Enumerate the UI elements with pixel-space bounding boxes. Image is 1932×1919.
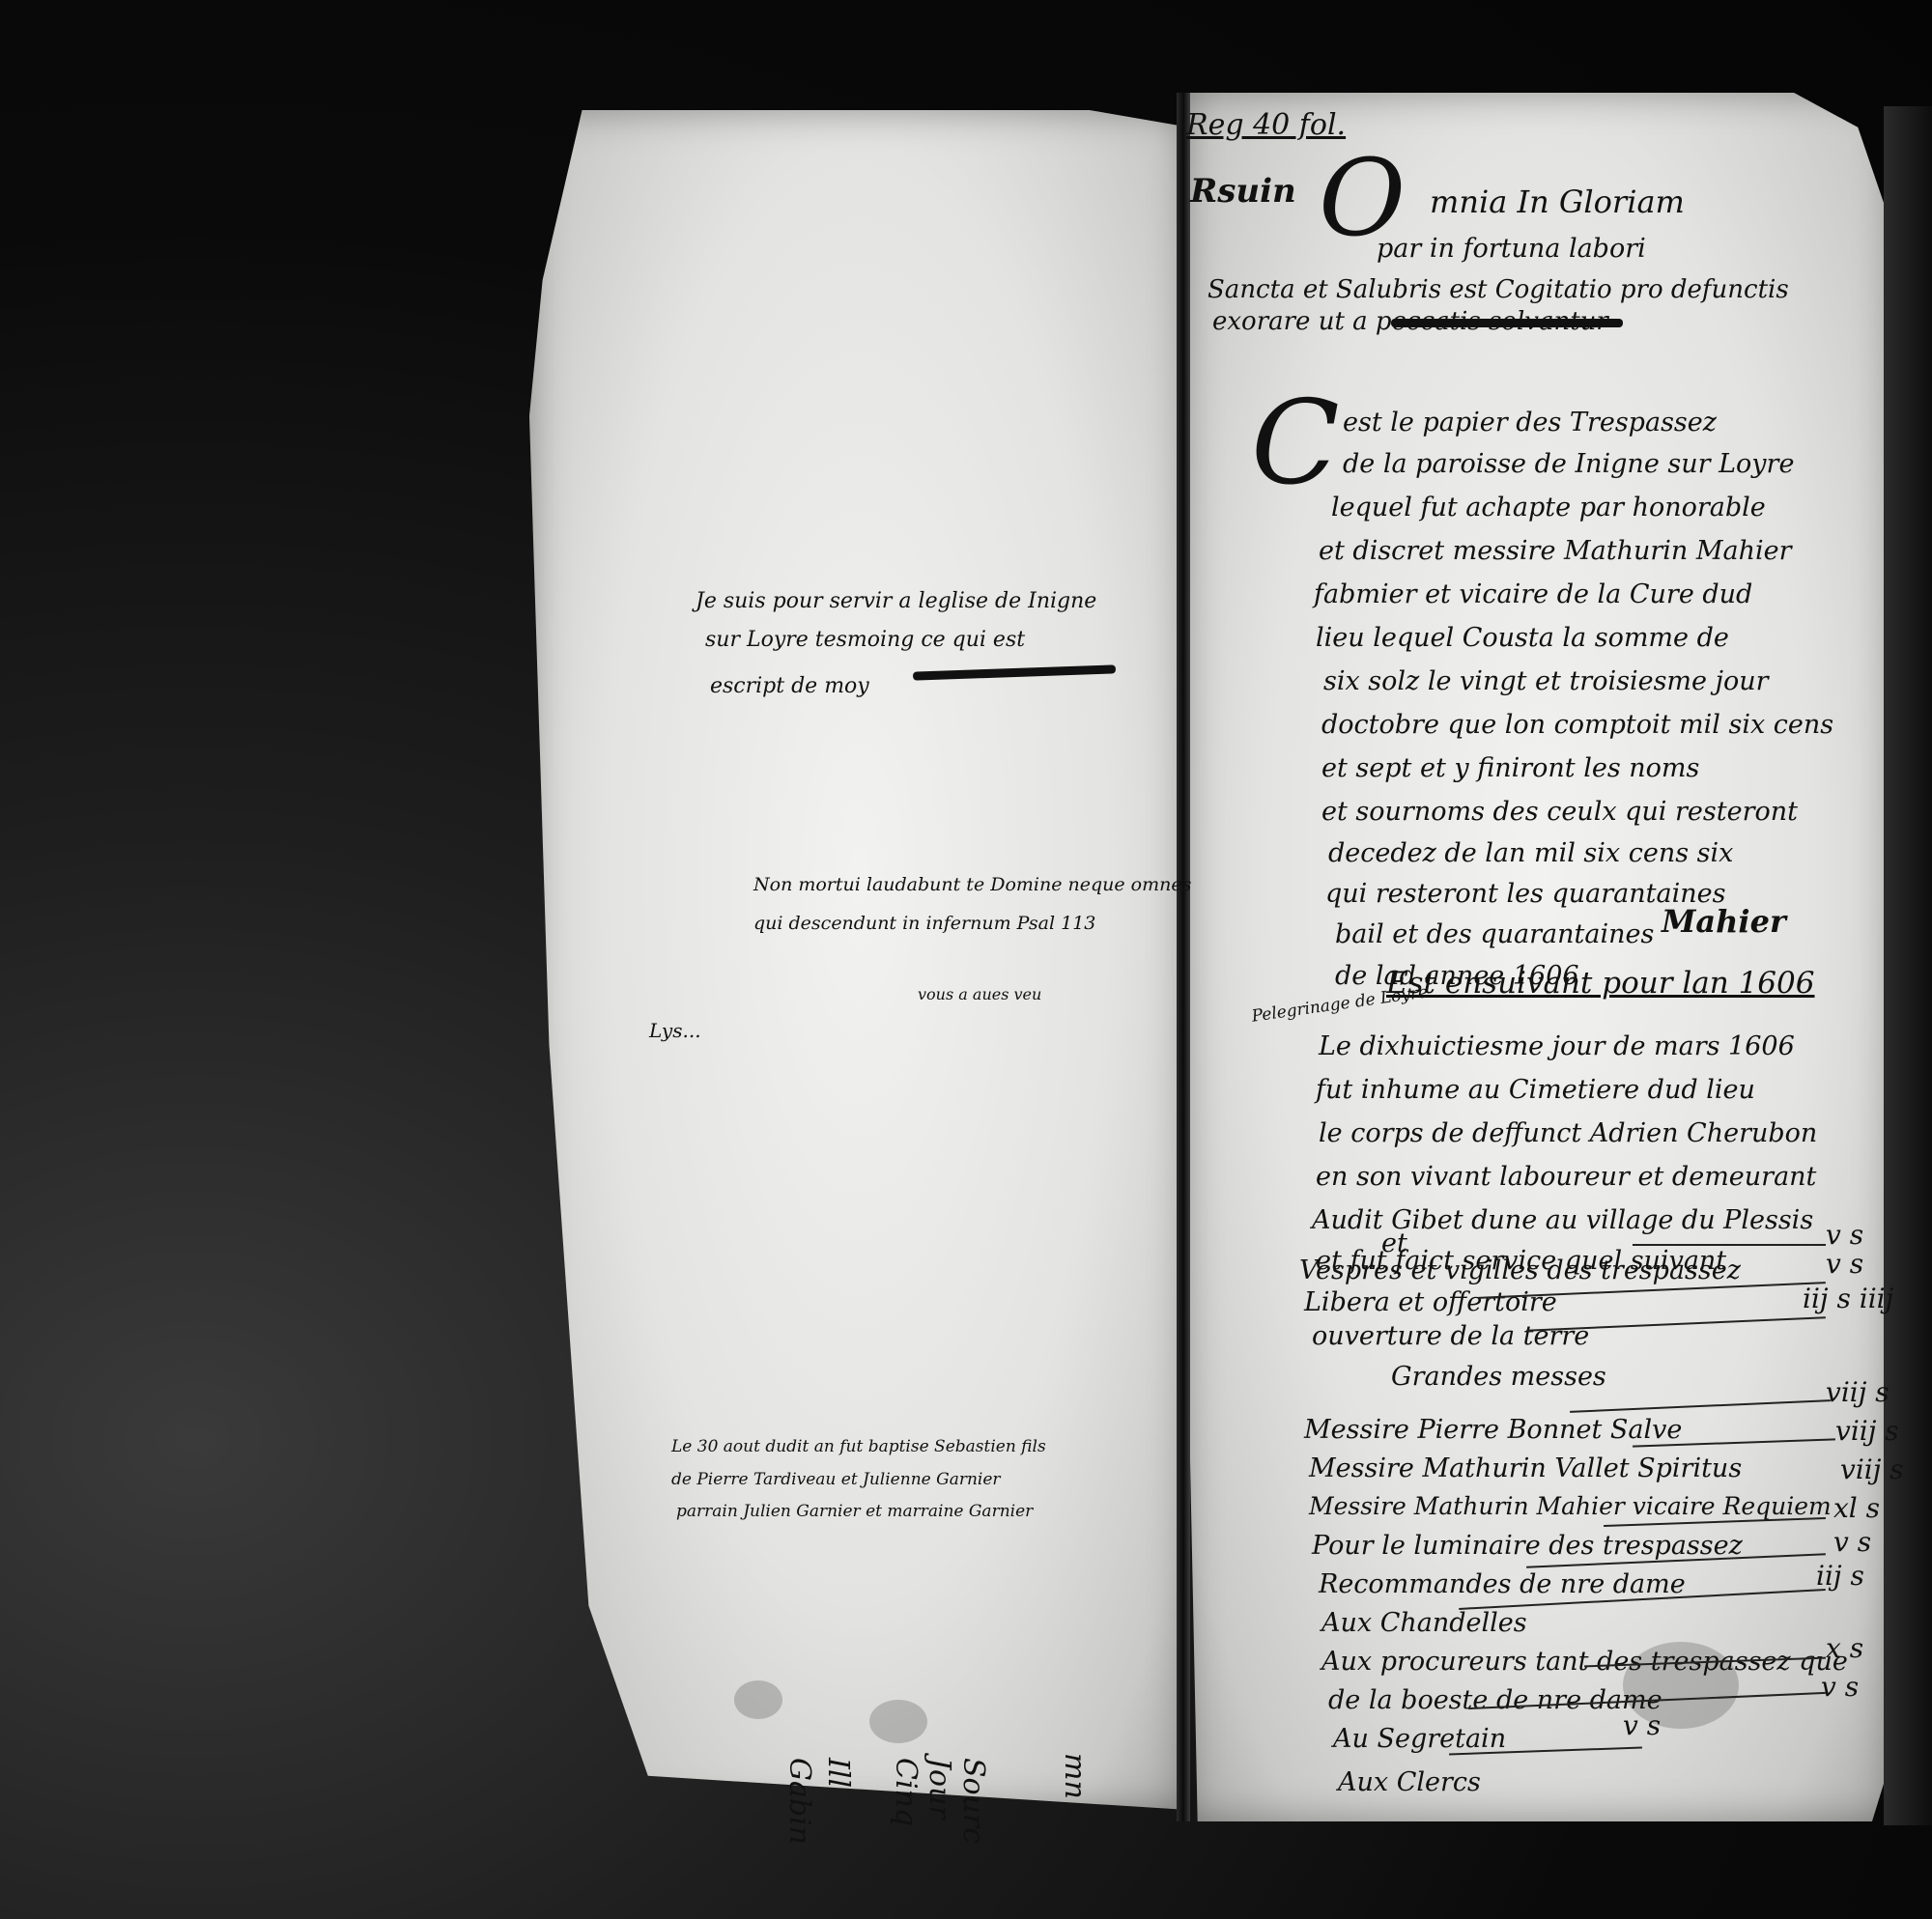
messe-row-label: Messire Mathurin Vallet Spiritus <box>1309 1453 1742 1483</box>
entry-line: et discret messire Mathurin Mahier <box>1319 536 1792 566</box>
left-note-line: sur Loyre tesmoing ce qui est <box>705 628 1025 652</box>
entry-line: fabmier et vicaire de la Cure dud <box>1314 579 1752 609</box>
ledger-row-amount: v s <box>1826 1248 1863 1280</box>
baptism-line: de Pierre Tardiveau et Julienne Garnier <box>671 1470 1001 1489</box>
messe-row-label: Aux procureurs tant des trespassez que <box>1321 1647 1848 1677</box>
baptism-line: Le 30 aout dudit an fut baptise Sebastie… <box>671 1437 1046 1456</box>
manuscript-scan: Reg 40 fol. Rsuin O mnia In Gloriam par … <box>0 0 1932 1919</box>
ledger-row-amount: iij s iiij <box>1803 1283 1893 1314</box>
left-page <box>529 110 1188 1810</box>
entry-line: et sept et y finiront les noms <box>1321 753 1699 783</box>
vertical-note: Jour <box>923 1758 956 1820</box>
entry-line: de la paroisse de Inigne sur Loyre <box>1343 449 1794 479</box>
ledger-row-label: ouverture de la terre <box>1312 1321 1589 1351</box>
messe-row-label: Recommandes de nre dame <box>1319 1569 1686 1599</box>
vertical-note: mn <box>1058 1753 1092 1799</box>
ledger-header: et <box>1381 1228 1407 1258</box>
messe-row-label: Messire Mathurin Mahier vicaire Requiem <box>1309 1492 1832 1520</box>
entry-line: decedez de lan mil six cens six <box>1328 838 1733 868</box>
messe-row-label: Messire Pierre Bonnet Salve <box>1304 1415 1682 1445</box>
entry-line: et sournoms des ceulx qui resteront <box>1321 797 1798 827</box>
heading-line: mnia In Gloriam <box>1430 183 1685 220</box>
ledger-row-label: Libera et offertoire <box>1304 1287 1557 1317</box>
book-gutter <box>1177 93 1190 1821</box>
signature: Mahier <box>1662 903 1786 940</box>
left-note-line: Je suis pour servir a leglise de Inigne <box>696 589 1096 613</box>
heading-line: Sancta et Salubris est Cogitatio pro def… <box>1207 275 1789 304</box>
messe-row-amount: v s <box>1833 1526 1871 1558</box>
messe-row-amount: xl s <box>1833 1492 1880 1524</box>
entry-line: doctobre que lon comptoit mil six cens <box>1321 710 1833 740</box>
entry-line: lequel fut achapte par honorable <box>1331 493 1766 522</box>
messe-row-amount: v s <box>1821 1671 1859 1703</box>
messe-row-amount: x s <box>1826 1632 1863 1664</box>
messe-row-amount: viij s <box>1840 1453 1904 1485</box>
entry-line: est le papier des Trespassez <box>1343 408 1717 437</box>
vertical-note: Cinq <box>889 1758 923 1826</box>
strikethrough <box>1391 319 1623 327</box>
leader-line <box>1633 1244 1826 1246</box>
messe-row-label: Aux Clercs <box>1338 1767 1481 1797</box>
heading-line: par in fortuna labori <box>1377 234 1646 264</box>
stain <box>734 1680 782 1719</box>
left-note-small: vous a aues veu <box>918 985 1041 1003</box>
vertical-note: Gabin <box>782 1758 816 1845</box>
margin-note-top: Rsuin <box>1190 172 1296 211</box>
left-note-small: Lys... <box>649 1019 701 1042</box>
entry-line: le corps de deffunct Adrien Cherubon <box>1319 1118 1817 1148</box>
messe-row-label: Pour le luminaire des trespassez <box>1312 1531 1743 1561</box>
entry-line: Le dixhuictiesme jour de mars 1606 <box>1319 1031 1795 1061</box>
book-edge <box>1884 106 1932 1825</box>
messe-row-amount: v s <box>1623 1709 1661 1741</box>
messe-row-label: Aux Chandelles <box>1321 1608 1527 1638</box>
stain <box>869 1700 927 1743</box>
psalm-line: qui descendunt in infernum Psal 113 <box>753 913 1095 934</box>
section-title: Est ensuivant pour lan 1606 <box>1386 966 1814 1001</box>
messe-row-label: Au Segretain <box>1333 1724 1506 1754</box>
entry-line: bail et des quarantaines <box>1335 919 1654 949</box>
messe-row-amount: viij s <box>1826 1376 1889 1408</box>
entry-line: lieu lequel Cousta la somme de <box>1316 623 1729 653</box>
grandes-messes-title: Grandes messes <box>1391 1362 1606 1392</box>
left-note-line: escript de moy <box>710 674 869 698</box>
ledger-row-amount: v s <box>1826 1219 1863 1251</box>
ledger-row-label: Vespres et vigilles des trespassez <box>1299 1256 1741 1285</box>
messe-row-amount: viij s <box>1835 1415 1899 1447</box>
psalm-line: Non mortui laudabunt te Domine neque omn… <box>753 874 1191 895</box>
baptism-line: parrain Julien Garnier et marraine Garni… <box>676 1502 1033 1521</box>
vertical-note: Sourc <box>956 1758 990 1844</box>
entry-line: six solz le vingt et troisiesme jour <box>1323 666 1769 696</box>
vertical-note: Ill <box>821 1758 855 1788</box>
right-page <box>1183 93 1893 1821</box>
messe-row-amount: iij s <box>1816 1560 1864 1592</box>
entry-line: en son vivant laboureur et demeurant <box>1316 1162 1816 1192</box>
entry-line: fut inhume au Cimetiere dud lieu <box>1316 1075 1755 1105</box>
messe-row-label: de la boeste de nre dame <box>1328 1685 1662 1715</box>
decorative-initial: C <box>1251 386 1340 502</box>
